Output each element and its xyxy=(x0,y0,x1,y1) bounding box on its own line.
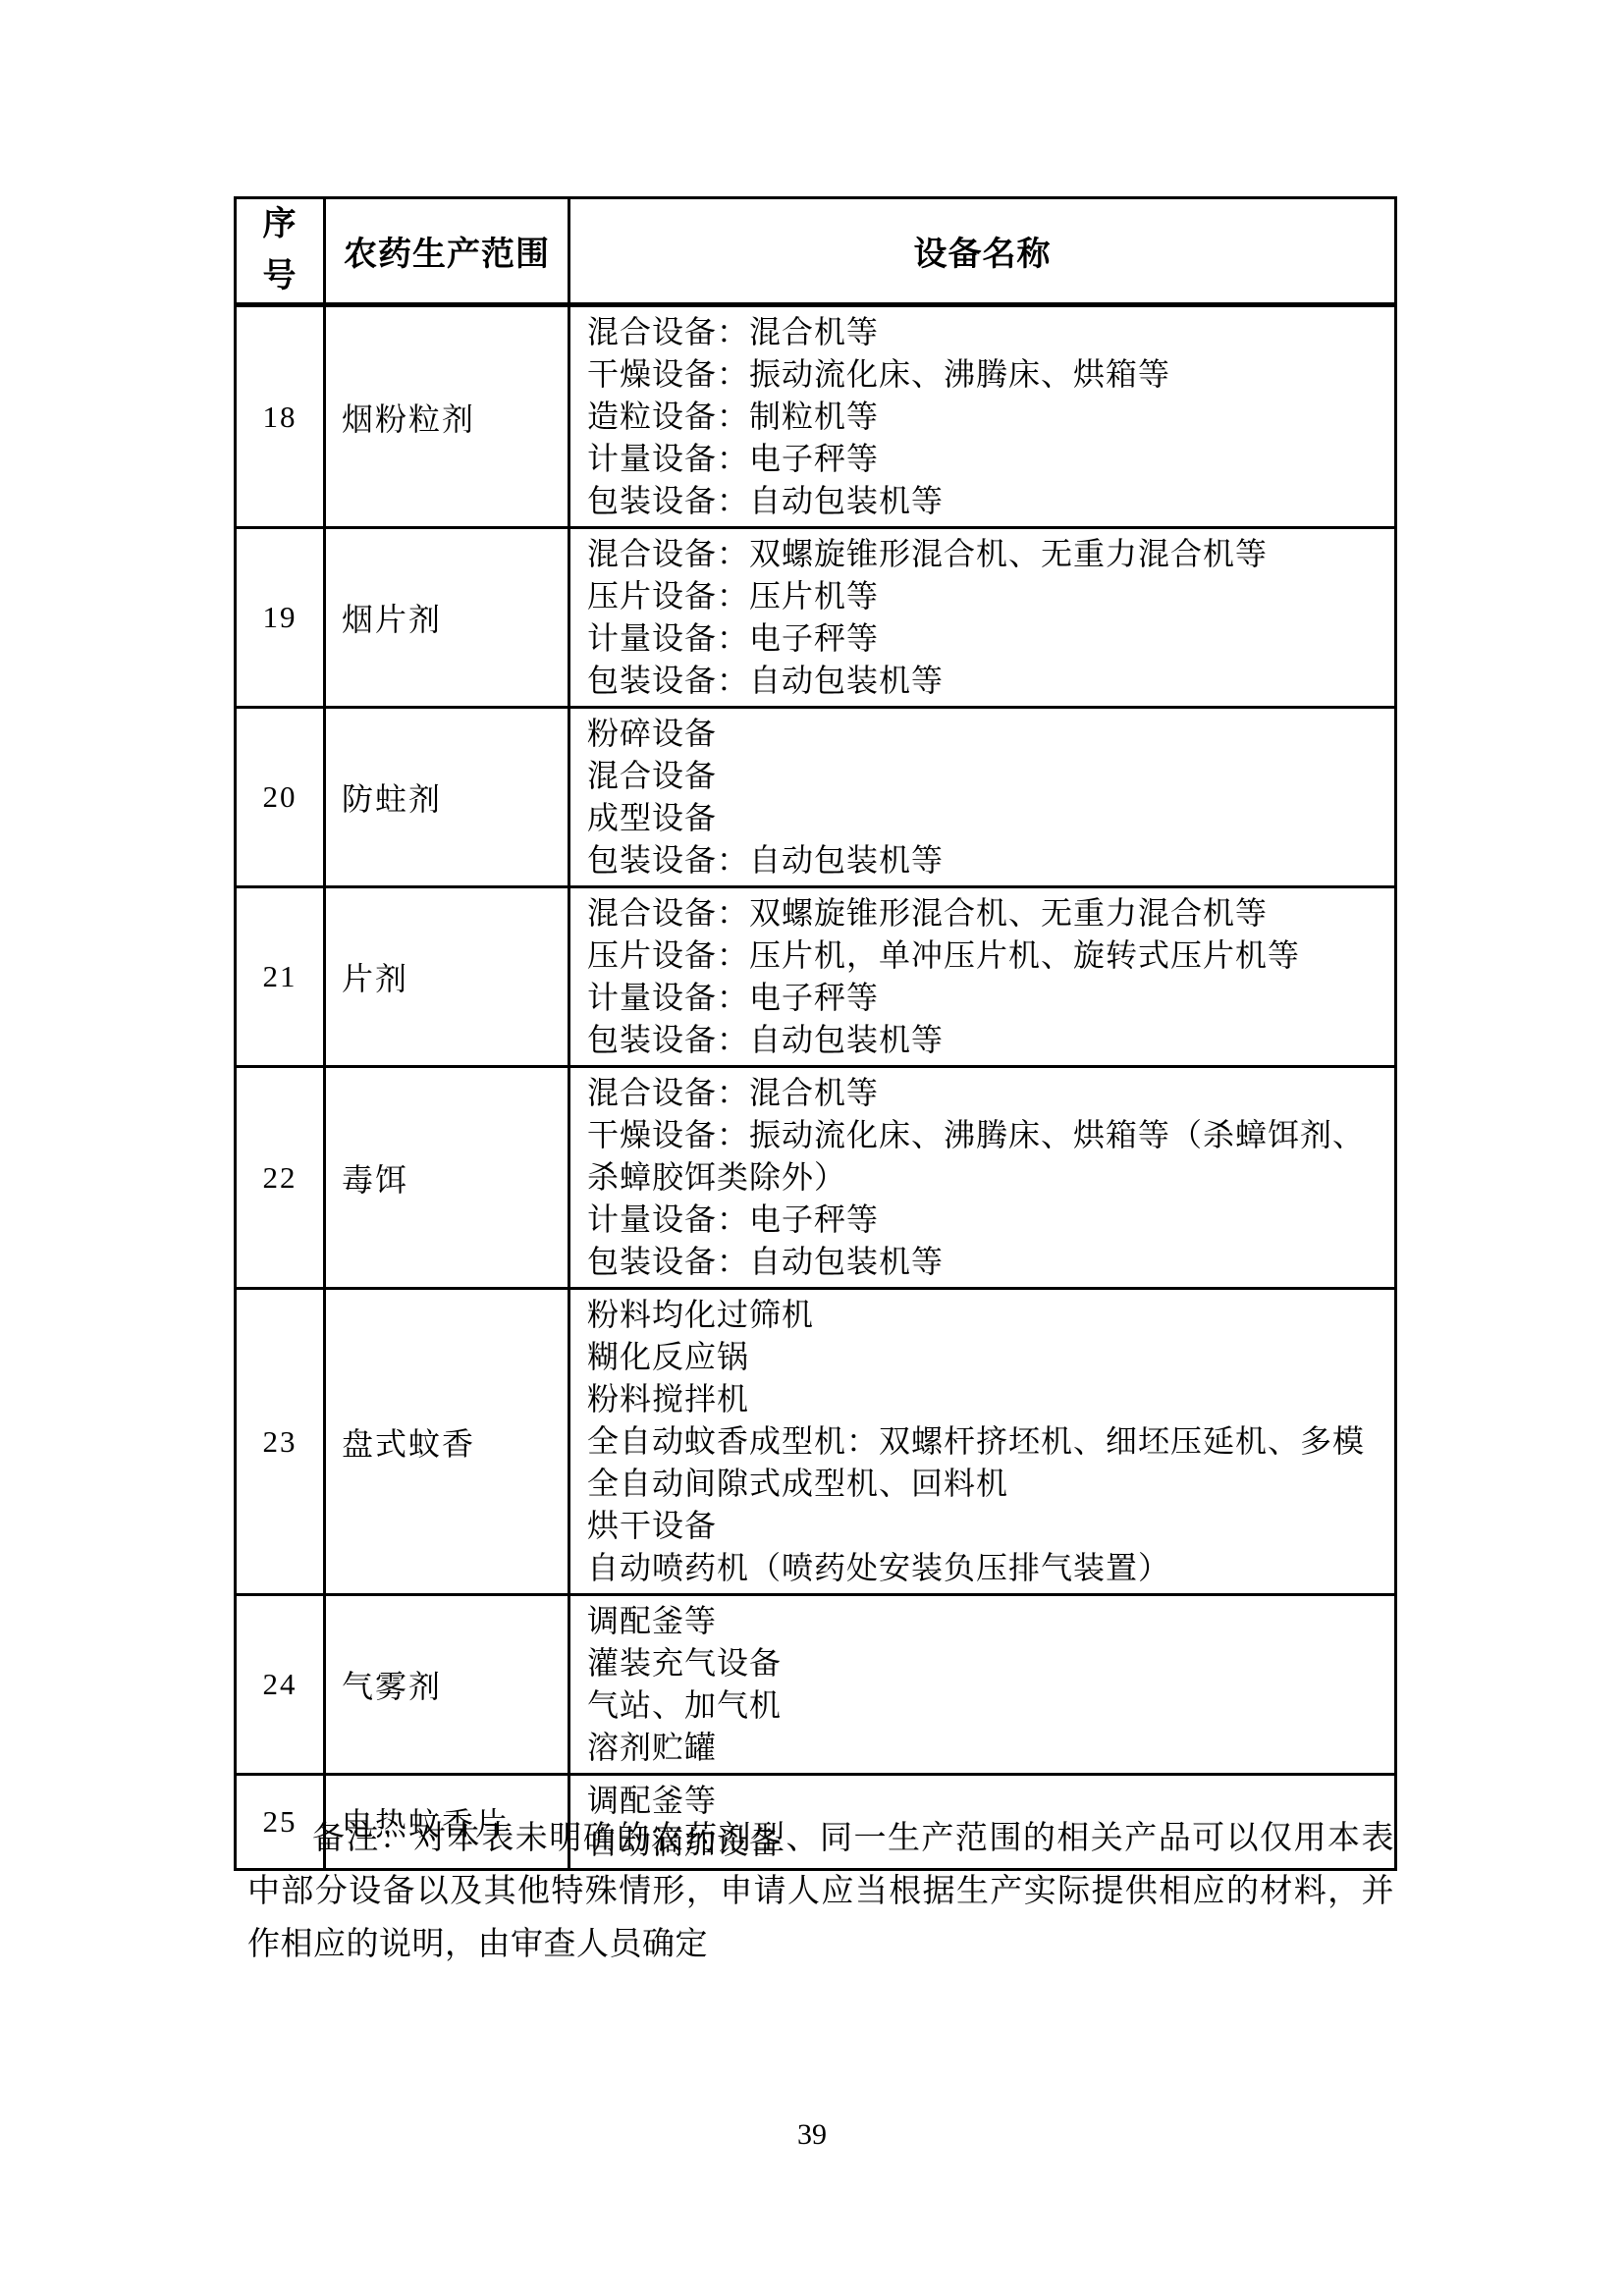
table-header-row: 序号 农药生产范围 设备名称 xyxy=(236,198,1396,305)
equipment-item: 调配釜等 xyxy=(587,1600,1384,1642)
row-serial-number: 24 xyxy=(236,1595,325,1775)
equipment-item: 干燥设备：振动流化床、沸腾床、烘箱等（杀蟑饵剂、杀蟑胶饵类除外） xyxy=(587,1114,1384,1199)
header-equipment-name: 设备名称 xyxy=(569,198,1396,305)
row-serial-number: 19 xyxy=(236,528,325,708)
equipment-item: 混合设备：双螺旋锥形混合机、无重力混合机等 xyxy=(587,533,1384,575)
production-scope-cell: 防蛀剂 xyxy=(325,708,569,887)
equipment-table: 序号 农药生产范围 设备名称 18烟粉粒剂混合设备：混合机等干燥设备：振动流化床… xyxy=(234,196,1397,1871)
table-row: 19烟片剂混合设备：双螺旋锥形混合机、无重力混合机等压片设备：压片机等计量设备：… xyxy=(236,528,1396,708)
equipment-cell: 粉料均化过筛机糊化反应锅粉料搅拌机全自动蚊香成型机：双螺杆挤坯机、细坯压延机、多… xyxy=(569,1289,1396,1595)
production-scope-cell: 烟粉粒剂 xyxy=(325,305,569,528)
table-row: 24气雾剂调配釜等灌装充气设备气站、加气机溶剂贮罐 xyxy=(236,1595,1396,1775)
production-scope-cell: 烟片剂 xyxy=(325,528,569,708)
equipment-item: 计量设备：电子秤等 xyxy=(587,438,1384,480)
equipment-cell: 混合设备：双螺旋锥形混合机、无重力混合机等压片设备：压片机等计量设备：电子秤等包… xyxy=(569,528,1396,708)
header-serial-number: 序号 xyxy=(236,198,325,305)
equipment-item: 混合设备：双螺旋锥形混合机、无重力混合机等 xyxy=(587,892,1384,934)
header-production-scope: 农药生产范围 xyxy=(325,198,569,305)
document-page: 序号 农药生产范围 设备名称 18烟粉粒剂混合设备：混合机等干燥设备：振动流化床… xyxy=(0,0,1624,2296)
production-scope-cell: 气雾剂 xyxy=(325,1595,569,1775)
equipment-item: 气站、加气机 xyxy=(587,1684,1384,1727)
equipment-item: 包装设备：自动包装机等 xyxy=(587,839,1384,881)
equipment-item: 溶剂贮罐 xyxy=(587,1727,1384,1769)
equipment-item: 混合设备：混合机等 xyxy=(587,1072,1384,1114)
equipment-item: 粉碎设备 xyxy=(587,713,1384,755)
equipment-cell: 粉碎设备混合设备成型设备包装设备：自动包装机等 xyxy=(569,708,1396,887)
row-serial-number: 21 xyxy=(236,887,325,1067)
production-scope-cell: 毒饵 xyxy=(325,1067,569,1289)
equipment-table-body: 18烟粉粒剂混合设备：混合机等干燥设备：振动流化床、沸腾床、烘箱等造粒设备：制粒… xyxy=(236,305,1396,1870)
equipment-cell: 调配釜等灌装充气设备气站、加气机溶剂贮罐 xyxy=(569,1595,1396,1775)
equipment-item: 包装设备：自动包装机等 xyxy=(587,1241,1384,1283)
equipment-item: 混合设备：混合机等 xyxy=(587,311,1384,353)
footnote: 备注：对本表未明确的农药剂型、同一生产范围的相关产品可以仅用本表中部分设备以及其… xyxy=(247,1812,1394,1971)
equipment-item: 包装设备：自动包装机等 xyxy=(587,1019,1384,1061)
production-scope-cell: 盘式蚊香 xyxy=(325,1289,569,1595)
equipment-item: 烘干设备 xyxy=(587,1505,1384,1547)
table-row: 18烟粉粒剂混合设备：混合机等干燥设备：振动流化床、沸腾床、烘箱等造粒设备：制粒… xyxy=(236,305,1396,528)
equipment-item: 包装设备：自动包装机等 xyxy=(587,480,1384,522)
equipment-item: 全自动蚊香成型机：双螺杆挤坯机、细坯压延机、多模全自动间隙式成型机、回料机 xyxy=(587,1420,1384,1505)
equipment-item: 计量设备：电子秤等 xyxy=(587,617,1384,660)
equipment-item: 自动喷药机（喷药处安装负压排气装置） xyxy=(587,1547,1384,1589)
equipment-item: 粉料搅拌机 xyxy=(587,1378,1384,1420)
header-serial-number-label: 序号 xyxy=(260,199,298,302)
equipment-cell: 混合设备：混合机等干燥设备：振动流化床、沸腾床、烘箱等（杀蟑饵剂、杀蟑胶饵类除外… xyxy=(569,1067,1396,1289)
equipment-item: 计量设备：电子秤等 xyxy=(587,1199,1384,1241)
table-row: 23盘式蚊香粉料均化过筛机糊化反应锅粉料搅拌机全自动蚊香成型机：双螺杆挤坯机、细… xyxy=(236,1289,1396,1595)
equipment-item: 计量设备：电子秤等 xyxy=(587,977,1384,1019)
equipment-item: 压片设备：压片机等 xyxy=(587,575,1384,617)
equipment-item: 粉料均化过筛机 xyxy=(587,1294,1384,1336)
production-scope-cell: 片剂 xyxy=(325,887,569,1067)
row-serial-number: 23 xyxy=(236,1289,325,1595)
equipment-item: 成型设备 xyxy=(587,797,1384,839)
equipment-cell: 混合设备：双螺旋锥形混合机、无重力混合机等压片设备：压片机，单冲压片机、旋转式压… xyxy=(569,887,1396,1067)
equipment-item: 灌装充气设备 xyxy=(587,1642,1384,1684)
equipment-item: 包装设备：自动包装机等 xyxy=(587,660,1384,702)
row-serial-number: 20 xyxy=(236,708,325,887)
row-serial-number: 18 xyxy=(236,305,325,528)
table-row: 22毒饵混合设备：混合机等干燥设备：振动流化床、沸腾床、烘箱等（杀蟑饵剂、杀蟑胶… xyxy=(236,1067,1396,1289)
equipment-item: 压片设备：压片机，单冲压片机、旋转式压片机等 xyxy=(587,934,1384,977)
row-serial-number: 22 xyxy=(236,1067,325,1289)
equipment-item: 造粒设备：制粒机等 xyxy=(587,396,1384,438)
table-row: 21片剂混合设备：双螺旋锥形混合机、无重力混合机等压片设备：压片机，单冲压片机、… xyxy=(236,887,1396,1067)
equipment-cell: 混合设备：混合机等干燥设备：振动流化床、沸腾床、烘箱等造粒设备：制粒机等计量设备… xyxy=(569,305,1396,528)
table-row: 20防蛀剂粉碎设备混合设备成型设备包装设备：自动包装机等 xyxy=(236,708,1396,887)
equipment-item: 混合设备 xyxy=(587,755,1384,797)
equipment-item: 糊化反应锅 xyxy=(587,1336,1384,1378)
page-number: 39 xyxy=(0,2118,1624,2152)
equipment-item: 干燥设备：振动流化床、沸腾床、烘箱等 xyxy=(587,353,1384,396)
